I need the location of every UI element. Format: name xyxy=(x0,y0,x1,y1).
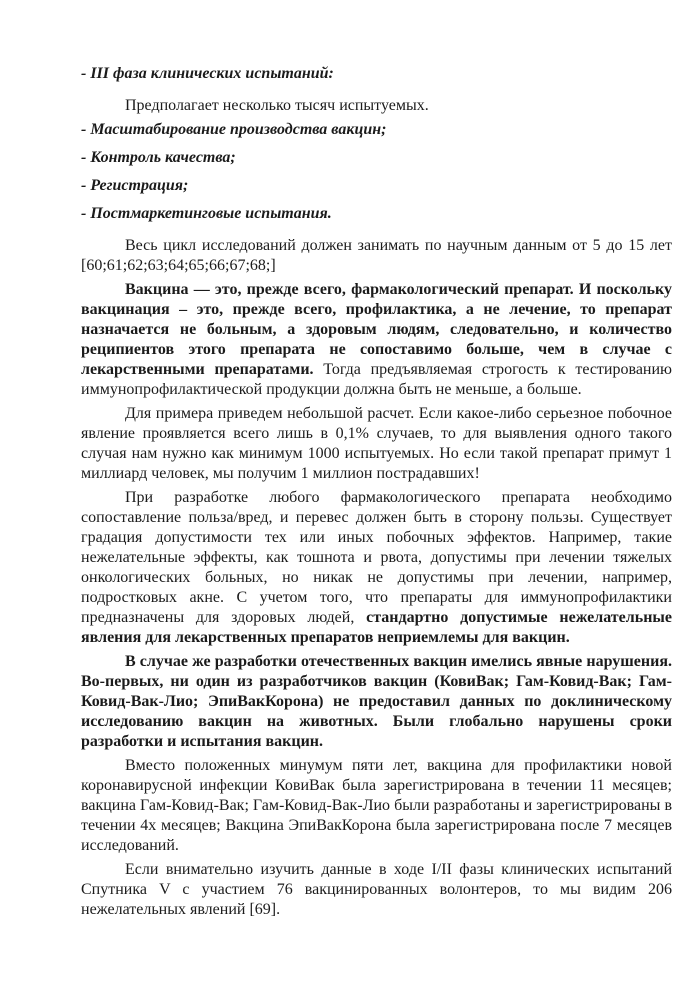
text-run: Если внимательно изучить данные в ходе I… xyxy=(81,861,672,918)
paragraph-sputnik-adverse-events: Если внимательно изучить данные в ходе I… xyxy=(81,860,672,920)
text-run: - Контроль качества; xyxy=(81,149,236,166)
text-run: - Масштабирование производства вакцин; xyxy=(81,121,386,138)
list-item-quality-control: - Контроль качества; xyxy=(81,148,672,168)
list-item-postmarketing: - Постмаркетинговые испытания. xyxy=(81,204,672,224)
paragraph-vaccine-definition: Вакцина — это, прежде всего, фармакологи… xyxy=(81,280,672,400)
text-run: При разработке любого фармакологического… xyxy=(81,489,672,626)
paragraph-research-cycle: Весь цикл исследований должен занимать п… xyxy=(81,236,672,276)
text-run: - Постмаркетинговые испытания. xyxy=(81,205,332,222)
paragraph-calculation-example: Для примера приведем небольшой расчет. Е… xyxy=(81,404,672,484)
list-item-scaling: - Масштабирование производства вакцин; xyxy=(81,120,672,140)
paragraph-phase3-detail: Предполагает несколько тысяч испытуемых. xyxy=(81,96,672,116)
text-run: Для примера приведем небольшой расчет. Е… xyxy=(81,405,672,482)
text-run: - III фаза клинических испытаний: xyxy=(81,65,334,82)
text-run: Весь цикл исследований должен занимать п… xyxy=(81,237,672,274)
text-run: - Регистрация; xyxy=(81,177,188,194)
text-run: Вместо положенных минумум пяти лет, вакц… xyxy=(81,757,672,854)
text-run: Предполагает несколько тысяч испытуемых. xyxy=(125,97,429,114)
paragraph-domestic-vaccines-violations: В случае же разработки отечественных вак… xyxy=(81,652,672,752)
paragraph-benefit-risk: При разработке любого фармакологического… xyxy=(81,488,672,648)
text-run-bold: В случае же разработки отечественных вак… xyxy=(81,653,672,750)
list-item-phase3: - III фаза клинических испытаний: xyxy=(81,64,672,84)
list-item-registration: - Регистрация; xyxy=(81,176,672,196)
document-page: - III фаза клинических испытаний: Предпо… xyxy=(0,0,700,990)
paragraph-registration-timelines: Вместо положенных минумум пяти лет, вакц… xyxy=(81,756,672,856)
